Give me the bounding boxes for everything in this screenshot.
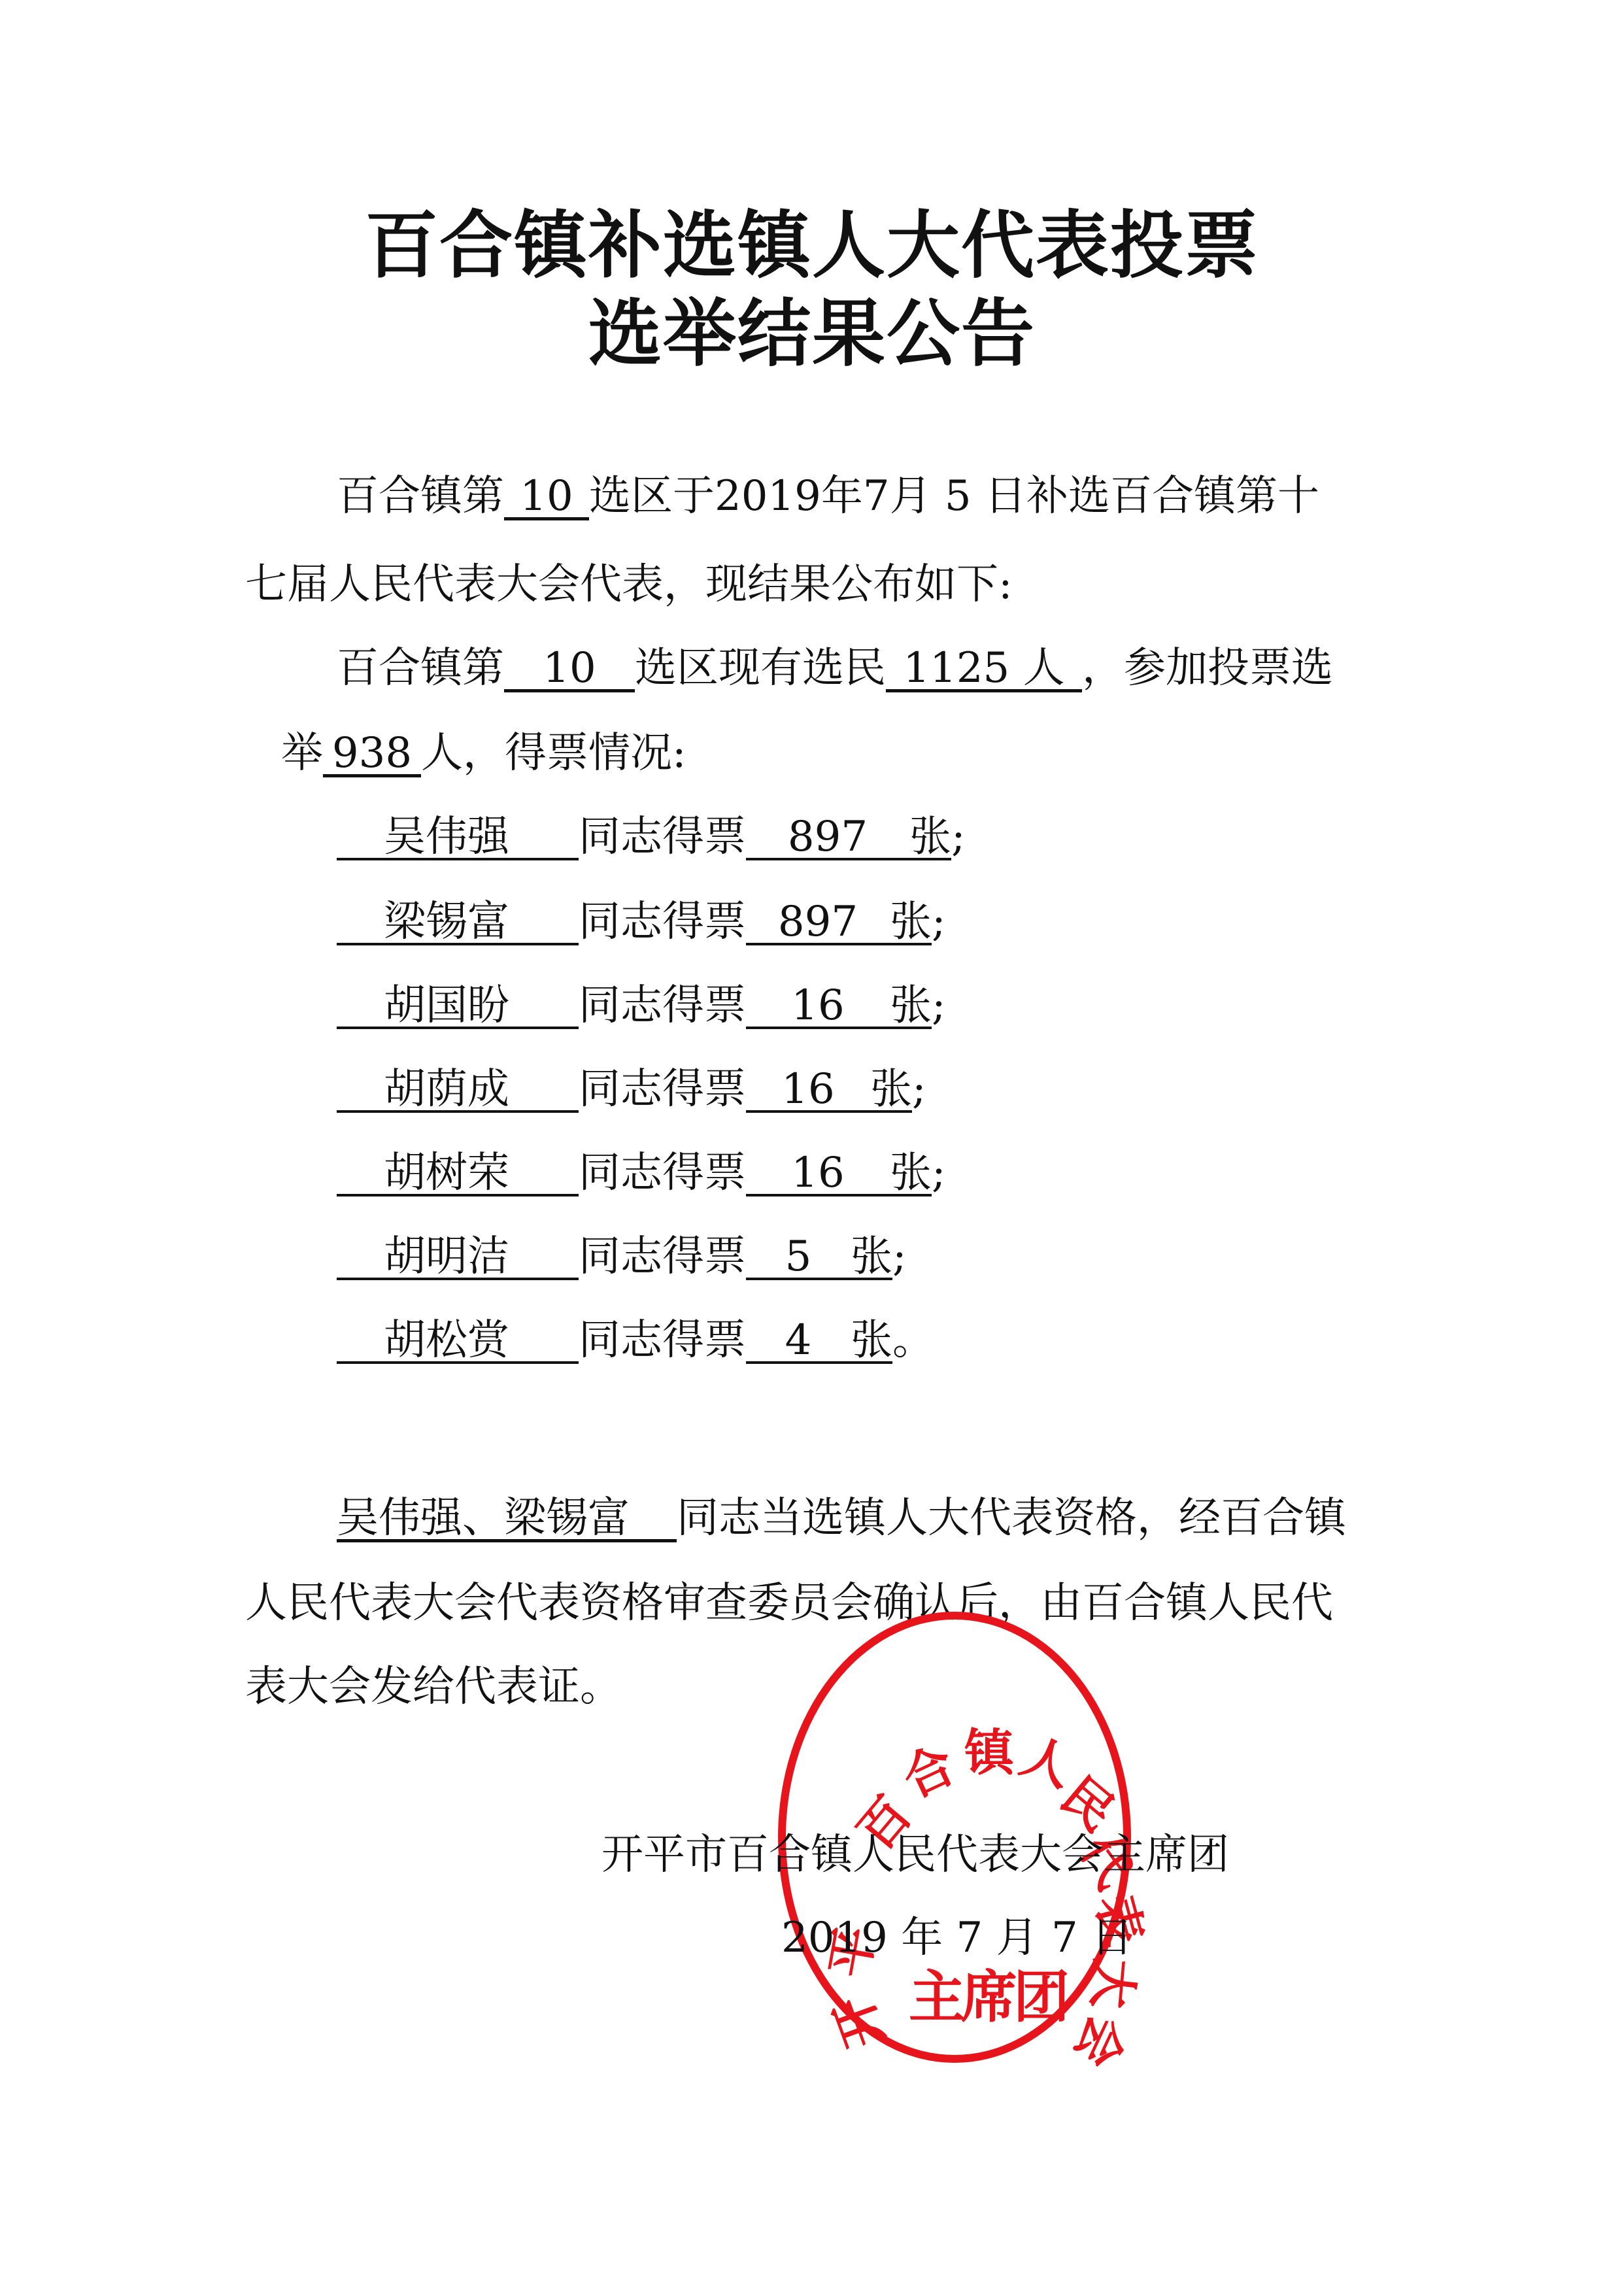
voter-count-value: 1125 (903, 644, 1009, 692)
document-title-line2: 选举结果公告 (0, 297, 1624, 371)
paragraph1-line1: 百合镇第10选区于2019年7月 5 日补选百合镇第十 (337, 475, 1319, 520)
row-end: ; (912, 1065, 926, 1113)
vote-count-value: 5 (746, 1236, 851, 1278)
vote-unit: 张 (909, 813, 951, 861)
paragraph2-mid: 选区现有选民 (635, 644, 886, 692)
vote-count: 4张 (746, 1319, 892, 1364)
vote-count-value: 4 (746, 1319, 851, 1361)
row-end: ; (932, 981, 946, 1030)
vote-label: 同志得票 (579, 1316, 746, 1365)
vote-unit: 张 (890, 1149, 932, 1197)
voter-count-unit: 人 (1023, 644, 1065, 692)
candidate-name: 梁锡富 (337, 901, 579, 945)
vote-row: 胡松赏同志得票4张。 (337, 1319, 934, 1364)
vote-count: 16张 (746, 1068, 912, 1113)
vote-label: 同志得票 (579, 1149, 746, 1197)
vote-unit: 张 (890, 898, 932, 946)
vote-count: 897张 (746, 901, 932, 945)
vote-row: 梁锡富同志得票897张; (337, 901, 946, 945)
vote-row: 胡明洁同志得票5张; (337, 1236, 907, 1280)
conclusion-line1-rest: 同志当选镇人大代表资格，经百合镇 (677, 1494, 1346, 1542)
vote-row: 吴伟强同志得票897张; (337, 816, 966, 860)
vote-count: 16张 (746, 1152, 932, 1196)
vote-unit: 张 (851, 1316, 892, 1365)
candidate-name: 吴伟强 (337, 816, 579, 860)
vote-label: 同志得票 (579, 813, 746, 861)
vote-label: 同志得票 (579, 898, 746, 946)
vote-count-value: 16 (746, 1152, 890, 1194)
candidate-name: 胡树荣 (337, 1152, 579, 1196)
vote-count-value: 16 (746, 1068, 870, 1110)
vote-row: 胡国盼同志得票16张; (337, 985, 946, 1029)
vote-count-value: 897 (746, 901, 890, 943)
issuing-organization: 开平市百合镇人民代表大会主席团 (601, 1834, 1229, 1876)
vote-count: 5张 (746, 1236, 892, 1280)
vote-label: 同志得票 (579, 1065, 746, 1113)
vote-row: 胡荫成同志得票16张; (337, 1068, 926, 1113)
document-title-line1: 百合镇补选镇人大代表投票 (0, 209, 1624, 282)
vote-count: 16张 (746, 985, 932, 1029)
paragraph2-line2-prefix: 举 (281, 729, 323, 777)
vote-unit: 张 (890, 981, 932, 1030)
paragraph2-line2-suffix: 人，得票情况: (421, 729, 686, 777)
paragraph2-line1: 百合镇第10选区现有选民1125 人，参加投票选 (337, 647, 1333, 692)
row-end: 。 (892, 1316, 934, 1365)
vote-count: 897张 (746, 816, 951, 860)
paragraph2-prefix: 百合镇第 (337, 644, 504, 692)
vote-row: 胡树荣同志得票16张; (337, 1152, 946, 1196)
row-end: ; (932, 1149, 946, 1197)
candidate-name: 胡国盼 (337, 985, 579, 1029)
participant-count: 938 (323, 732, 421, 777)
vote-count-value: 16 (746, 985, 890, 1027)
candidate-name: 胡荫成 (337, 1068, 579, 1113)
paragraph2-suffix: ，参加投票选 (1082, 644, 1333, 692)
vote-label: 同志得票 (579, 981, 746, 1030)
vote-count-value: 897 (746, 816, 909, 858)
vote-unit: 张 (851, 1232, 892, 1281)
paragraph1-line2: 七届人民代表大会代表，现结果公布如下: (245, 564, 1013, 605)
row-end: ; (932, 898, 946, 946)
candidate-name: 胡松赏 (337, 1319, 579, 1364)
seal-center-text: 主席团 (909, 1952, 1066, 2033)
conclusion-line3: 表大会发给代表证。 (245, 1666, 622, 1708)
candidate-name: 胡明洁 (337, 1236, 579, 1280)
district-number-2: 10 (504, 647, 635, 692)
conclusion-line1: 吴伟强、梁锡富同志当选镇人大代表资格，经百合镇 (337, 1497, 1346, 1542)
issue-date: 2019 年 7 月 7 日 (781, 1917, 1133, 1959)
row-end: ; (892, 1232, 907, 1281)
vote-label: 同志得票 (579, 1232, 746, 1281)
row-end: ; (951, 813, 966, 861)
paragraph2-line2: 举938人，得票情况: (281, 732, 686, 777)
paragraph1-mid: 选区于2019年7月 5 日补选百合镇第十 (589, 472, 1319, 520)
vote-unit: 张 (870, 1065, 912, 1113)
district-number: 10 (504, 475, 589, 520)
paragraph1-prefix: 百合镇第 (337, 472, 504, 520)
elected-names: 吴伟强、梁锡富 (337, 1497, 677, 1542)
conclusion-line2: 人民代表大会代表资格审查委员会确认后，由百合镇人民代 (245, 1582, 1333, 1624)
voter-count: 1125 人 (886, 647, 1082, 692)
